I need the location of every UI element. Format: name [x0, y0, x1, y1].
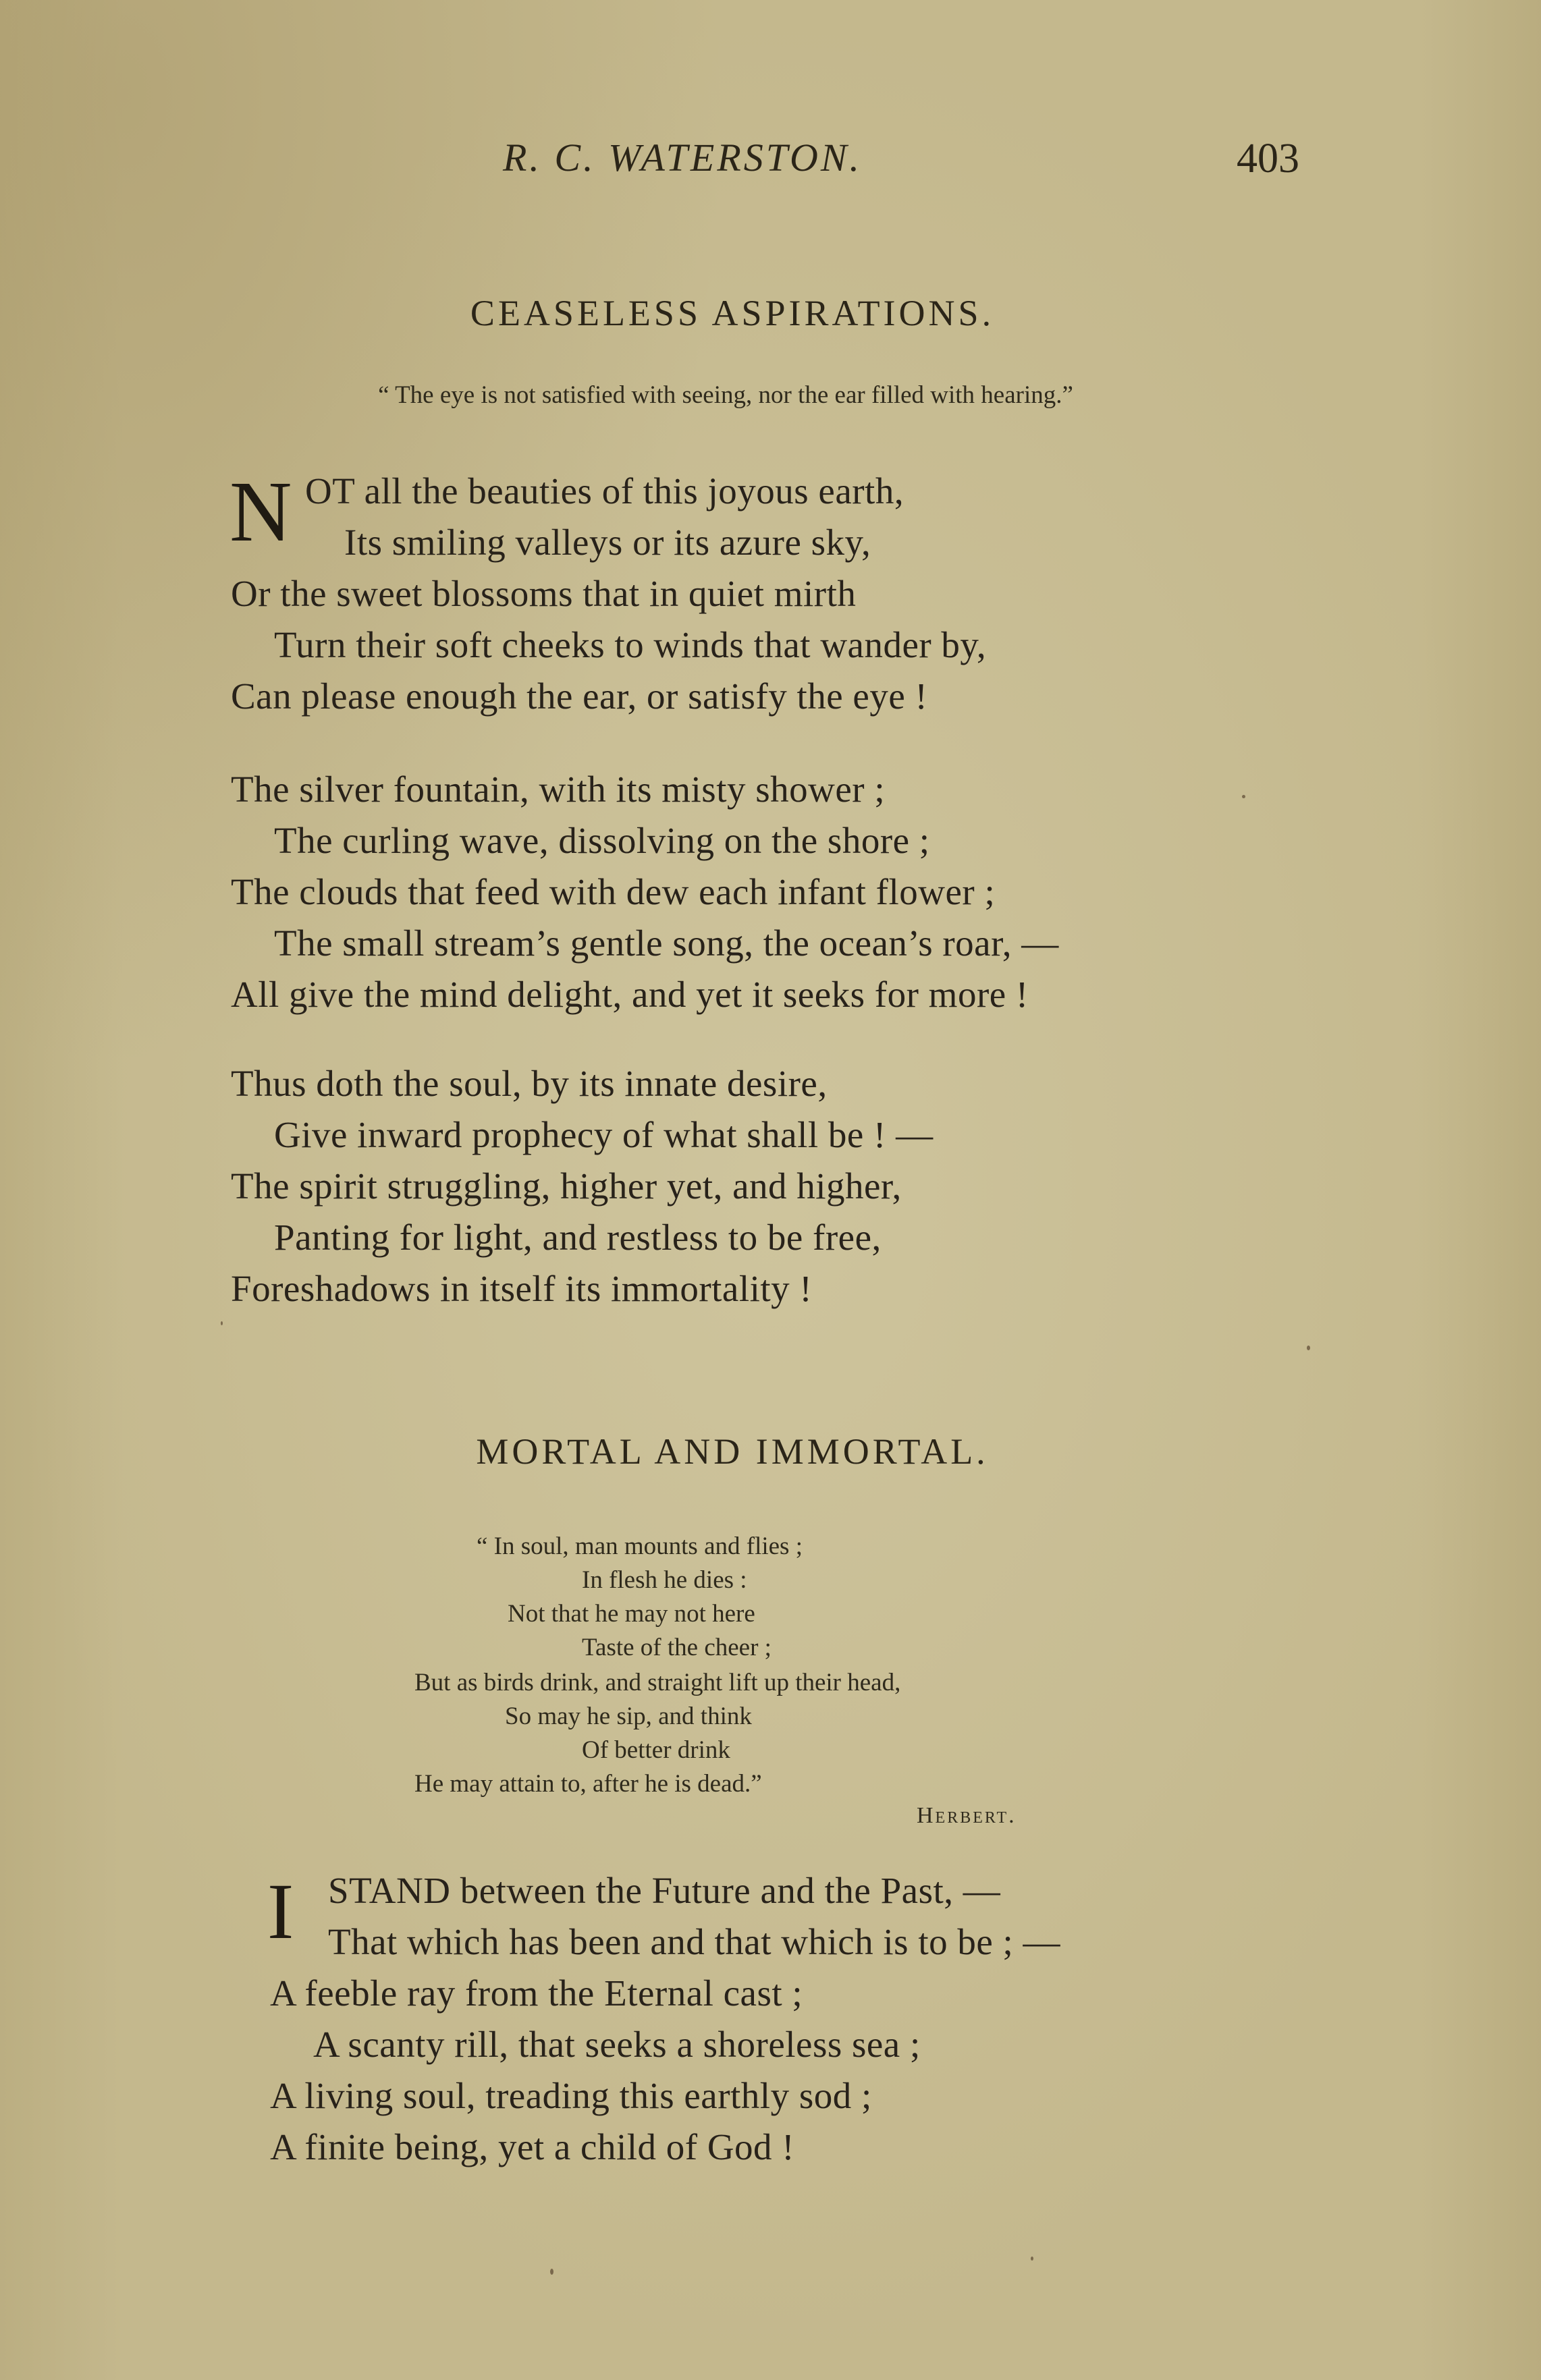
running-title: R. C. WATERSTON. — [503, 135, 862, 180]
epigraph-attribution: Herbert. — [917, 1803, 1017, 1829]
paper-speck — [1307, 1346, 1310, 1350]
page-number: 403 — [1237, 135, 1299, 183]
paper-speck — [550, 2269, 553, 2275]
poem-epigraph: “ The eye is not satisfied with seeing, … — [0, 381, 1451, 410]
epigraph-line: “ In soul, man mounts and flies ; — [477, 1532, 803, 1561]
epigraph-line: Of better drink — [582, 1736, 730, 1765]
verse-line: A feeble ray from the Eternal cast ; — [270, 1972, 803, 2014]
poem-title: MORTAL AND IMMORTAL. — [0, 1431, 1465, 1472]
verse-line: The curling wave, dissolving on the shor… — [274, 819, 930, 862]
paper-speck — [1242, 795, 1245, 798]
verse-line: The silver fountain, with its misty show… — [231, 768, 885, 810]
paper-speck — [221, 1321, 223, 1325]
verse-line: STAND between the Future and the Past, — — [328, 1869, 1000, 1912]
verse-line: Foreshadows in itself its immortality ! — [231, 1267, 812, 1310]
verse-line: Thus doth the soul, by its innate desire… — [231, 1062, 828, 1105]
verse-line: Turn their soft cheeks to winds that wan… — [274, 624, 986, 666]
epigraph-line: In flesh he dies : — [582, 1566, 747, 1595]
verse-line: Its smiling valleys or its azure sky, — [344, 521, 871, 563]
verse-line: Can please enough the ear, or satisfy th… — [231, 675, 927, 717]
drop-cap: N — [229, 468, 292, 555]
poem-title: CEASELESS ASPIRATIONS. — [0, 292, 1465, 334]
epigraph-line: So may he sip, and think — [505, 1702, 752, 1731]
book-page: R. C. WATERSTON. 403 CEASELESS ASPIRATIO… — [0, 0, 1541, 2380]
epigraph-line: He may attain to, after he is dead.” — [414, 1769, 762, 1798]
verse-line: OT all the beauties of this joyous earth… — [305, 470, 904, 512]
verse-line: Panting for light, and restless to be fr… — [274, 1216, 882, 1258]
verse-line: Give inward prophecy of what shall be ! … — [274, 1113, 934, 1156]
verse-line: A finite being, yet a child of God ! — [270, 2126, 794, 2168]
verse-line: A living soul, treading this earthly sod… — [270, 2074, 872, 2117]
verse-line: All give the mind delight, and yet it se… — [231, 973, 1029, 1016]
verse-line: A scanty rill, that seeks a shoreless se… — [313, 2023, 921, 2066]
verse-line: The clouds that feed with dew each infan… — [231, 870, 995, 913]
epigraph-line: Not that he may not here — [508, 1599, 755, 1628]
epigraph-line: But as birds drink, and straight lift up… — [414, 1668, 900, 1697]
verse-line: The small stream’s gentle song, the ocea… — [274, 922, 1059, 964]
verse-line: The spirit struggling, higher yet, and h… — [231, 1165, 902, 1207]
drop-cap: I — [267, 1872, 294, 1952]
epigraph-line: Taste of the cheer ; — [582, 1633, 772, 1662]
verse-line: That which has been and that which is to… — [328, 1920, 1060, 1963]
running-head: R. C. WATERSTON. 403 — [0, 135, 1541, 189]
paper-speck — [1031, 2257, 1033, 2261]
verse-line: Or the sweet blossoms that in quiet mirt… — [231, 572, 856, 615]
